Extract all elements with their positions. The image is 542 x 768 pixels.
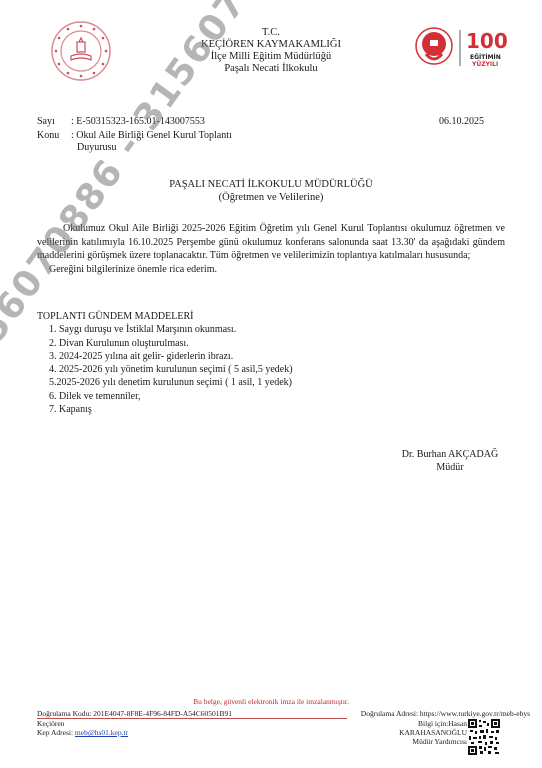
kep-address-link[interactable]: meb@hs01.kep.tr [75, 728, 128, 737]
signatory-title: Müdür [390, 461, 510, 474]
qr-code-icon [468, 719, 500, 755]
esign-notice: Bu belge, güvenli elektronik imza ile im… [0, 697, 542, 706]
verification-code: Doğrulama Kodu: 201E4047-8F8E-4F96-84FD-… [37, 709, 232, 718]
body-paragraph-1: Okulumuz Okul Aile Birliği 2025-2026 Eği… [37, 222, 505, 263]
addressee: PAŞALI NECATİ İLKOKULU MÜDÜRLÜĞÜ (Öğretm… [0, 178, 542, 204]
svg-text:EĞİTİMİN: EĞİTİMİN [470, 54, 501, 61]
letter-body: Okulumuz Okul Aile Birliği 2025-2026 Eği… [37, 222, 505, 276]
info-line-1: Bilgi için:Hasan [399, 719, 467, 728]
sayi-row: Sayı: E-50315323-165.01-143007553 [37, 116, 205, 128]
okul-aile-birligi-logo-icon: 100 EĞİTİMİN YÜZYILI [414, 24, 519, 74]
agenda: TOPLANTI GÜNDEM MADDELERİ 1. Saygı duruş… [37, 310, 293, 416]
agenda-title: TOPLANTI GÜNDEM MADDELERİ [37, 310, 293, 323]
agenda-item: 1. Saygı duruşu ve İstiklal Marşının oku… [49, 323, 293, 336]
agenda-list: 1. Saygı duruşu ve İstiklal Marşının oku… [37, 323, 293, 416]
info-line-3: Müdür Yardımcısı [399, 737, 467, 746]
agenda-item: 5.2025-2026 yılı denetim kurulunun seçim… [49, 376, 293, 389]
body-paragraph-2: Gereğini bilgilerinize önemle rica ederi… [37, 263, 505, 277]
sayi-value: : E-50315323-165.01-143007553 [71, 116, 205, 128]
signatory-name: Dr. Burhan AKÇADAĞ [390, 448, 510, 461]
agenda-item: 3. 2024-2025 yılına ait gelir- giderleri… [49, 350, 293, 363]
info-line-2: KARAHASANOĞLU [399, 728, 467, 737]
agenda-item: 4. 2025-2026 yılı yönetim kurulunun seçi… [49, 363, 293, 376]
addressee-line2: (Öğretmen ve Velilerine) [0, 191, 542, 204]
konu-label: Konu [37, 130, 71, 142]
sayi-label: Sayı [37, 116, 71, 128]
kep-label: Kep Adresi: [37, 728, 73, 737]
svg-text:100: 100 [466, 29, 508, 53]
footer-city: Keçiören [37, 719, 128, 728]
agenda-item: 6. Dilek ve temenniler, [49, 390, 293, 403]
agenda-item: 7. Kapanış [49, 403, 293, 416]
konu-value-continued: Duyurusu [77, 142, 232, 154]
konu-row: Konu: Okul Aile Birliği Genel Kurul Topl… [37, 130, 232, 154]
konu-value: : Okul Aile Birliği Genel Kurul Toplantı [71, 130, 232, 142]
agenda-item: 2. Divan Kurulunun oluşturulması. [49, 337, 293, 350]
document-page: T.C. KEÇİÖREN KAYMAKAMLIĞI İlçe Milli Eğ… [0, 0, 542, 768]
signature-block: Dr. Burhan AKÇADAĞ Müdür [390, 448, 510, 474]
footer-info: Bilgi için:Hasan KARAHASANOĞLU Müdür Yar… [399, 719, 467, 746]
verification-address[interactable]: Doğrulama Adresi: https://www.turkiye.go… [361, 709, 530, 718]
addressee-line1: PAŞALI NECATİ İLKOKULU MÜDÜRLÜĞÜ [0, 178, 542, 191]
document-date: 06.10.2025 [439, 116, 484, 127]
footer-contact: Keçiören Kep Adresi: meb@hs01.kep.tr [37, 719, 128, 737]
svg-text:YÜZYILI: YÜZYILI [471, 61, 498, 68]
